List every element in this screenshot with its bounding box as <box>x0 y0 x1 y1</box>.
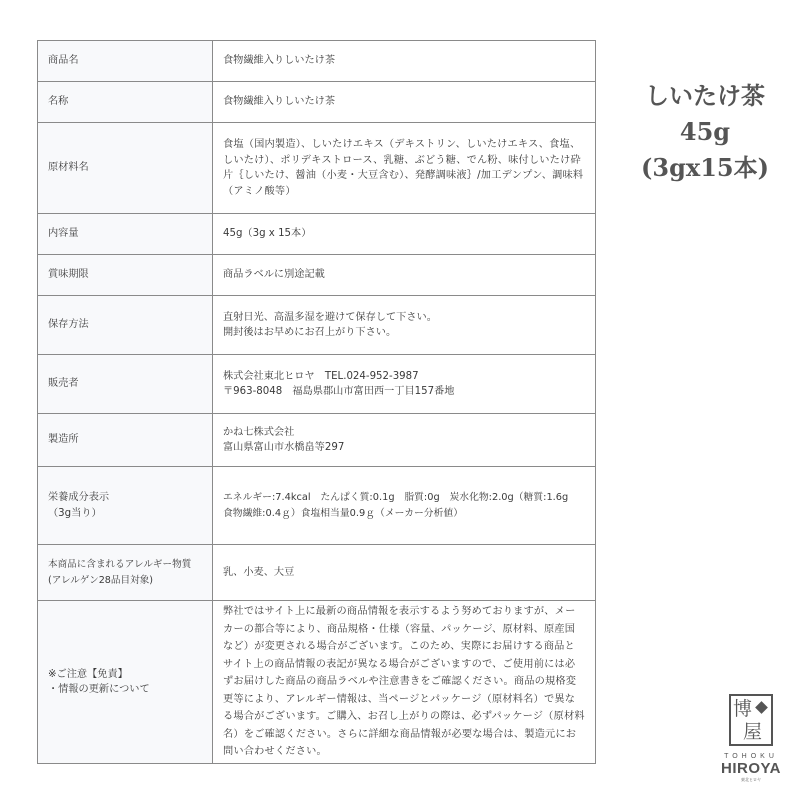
product-name: しいたけ茶 <box>620 78 790 114</box>
row-value: エネルギー:7.4kcal たんぱく質:0.1g 脂質:0g 炭水化物:2.0g… <box>213 467 596 545</box>
row-value: 食塩（国内製造）、しいたけエキス（デキストリン、しいたけエキス、食塩、しいたけ）… <box>213 123 596 214</box>
row-label: 商品名 <box>38 41 213 82</box>
row-label: 名称 <box>38 82 213 123</box>
row-value: 食物繊維入りしいたけ茶 <box>213 41 596 82</box>
product-weight: 45g <box>620 114 790 150</box>
row-value: 食物繊維入りしいたけ茶 <box>213 82 596 123</box>
table-row: ※ご注意【免責】 ・情報の更新について 弊社ではサイト上に最新の商品情報を表示す… <box>38 601 596 764</box>
row-label: 原材料名 <box>38 123 213 214</box>
row-value: 商品ラベルに別途記載 <box>213 255 596 296</box>
product-title-block: しいたけ茶 45g (3gx15本) <box>620 78 790 186</box>
logo-tiny-text: 東北ヒロヤ <box>716 777 786 783</box>
table-row: 内容量 45g（3g x 15本） <box>38 214 596 255</box>
table-row: 賞味期限 商品ラベルに別途記載 <box>38 255 596 296</box>
row-label: 賞味期限 <box>38 255 213 296</box>
row-label: ※ご注意【免責】 ・情報の更新について <box>38 601 213 764</box>
table-row: 原材料名 食塩（国内製造）、しいたけエキス（デキストリン、しいたけエキス、食塩、… <box>38 123 596 214</box>
row-value: かね七株式会社 富山県富山市水橋畠等297 <box>213 414 596 467</box>
row-value: 45g（3g x 15本） <box>213 214 596 255</box>
row-value: 弊社ではサイト上に最新の商品情報を表示するよう努めておりますが、メーカーの都合等… <box>213 601 596 764</box>
table-row: 名称 食物繊維入りしいたけ茶 <box>38 82 596 123</box>
table-row: 栄養成分表示 （3g当り） エネルギー:7.4kcal たんぱく質:0.1g 脂… <box>38 467 596 545</box>
row-value: 直射日光、高温多湿を避けて保存して下さい。 開封後はお早めにお召上がり下さい。 <box>213 296 596 355</box>
logo-mark-icon: 博 屋 <box>729 694 773 746</box>
row-label: 栄養成分表示 （3g当り） <box>38 467 213 545</box>
logo-wordmark: HIROYA <box>716 761 786 777</box>
table-row: 保存方法 直射日光、高温多湿を避けて保存して下さい。 開封後はお早めにお召上がり… <box>38 296 596 355</box>
table-row: 製造所 かね七株式会社 富山県富山市水橋畠等297 <box>38 414 596 467</box>
row-value: 株式会社東北ヒロヤ TEL.024-952-3987 〒963-8048 福島県… <box>213 355 596 414</box>
row-label: 本商品に含まれるアレルギー物質 (アレルゲン28品目対象) <box>38 545 213 601</box>
tohoku-hiroya-logo: 博 屋 TOHOKU HIROYA 東北ヒロヤ <box>716 694 786 790</box>
product-spec-table: 商品名 食物繊維入りしいたけ茶 名称 食物繊維入りしいたけ茶 原材料名 食塩（国… <box>37 40 596 764</box>
row-label: 内容量 <box>38 214 213 255</box>
row-label: 販売者 <box>38 355 213 414</box>
row-label: 保存方法 <box>38 296 213 355</box>
table-row: 商品名 食物繊維入りしいたけ茶 <box>38 41 596 82</box>
product-pack: (3gx15本) <box>620 150 790 186</box>
table-row: 本商品に含まれるアレルギー物質 (アレルゲン28品目対象) 乳、小麦、大豆 <box>38 545 596 601</box>
table-row: 販売者 株式会社東北ヒロヤ TEL.024-952-3987 〒963-8048… <box>38 355 596 414</box>
row-value: 乳、小麦、大豆 <box>213 545 596 601</box>
diamond-icon <box>755 701 768 714</box>
row-label: 製造所 <box>38 414 213 467</box>
